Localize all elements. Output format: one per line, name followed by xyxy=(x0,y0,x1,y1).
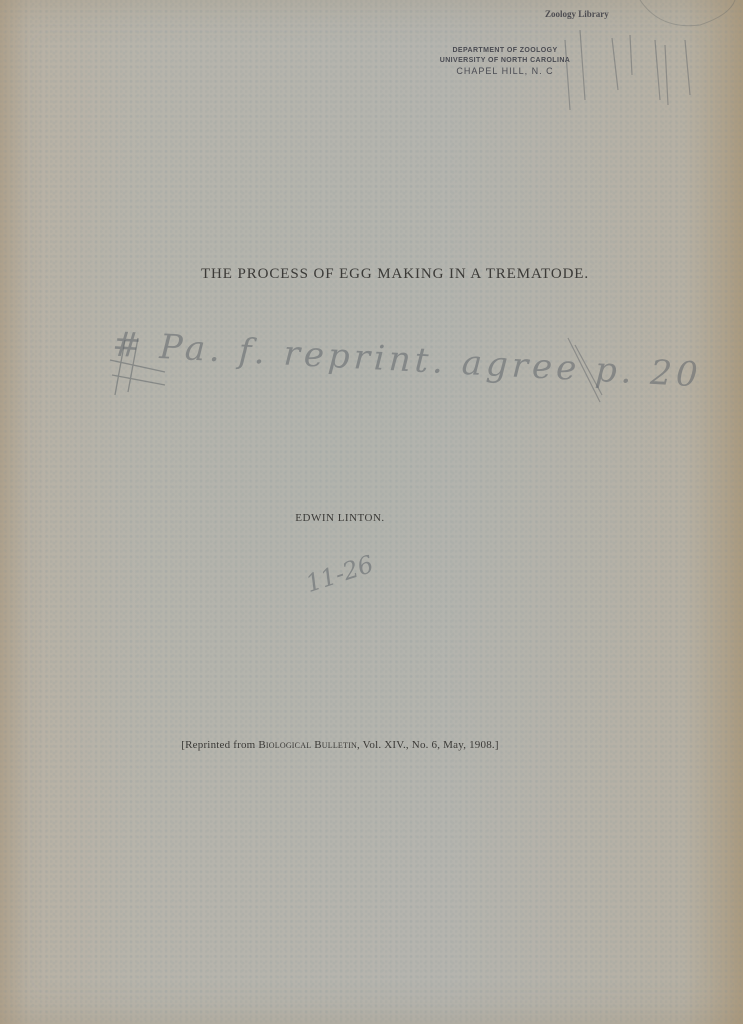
pencil-number: 11-26 xyxy=(302,550,376,598)
author-name: EDWIN LINTON. xyxy=(0,512,680,524)
library-stamp: Zoology Library xyxy=(545,9,609,19)
department-stamp: DEPARTMENT OF ZOOLOGY UNIVERSITY OF NORT… xyxy=(410,46,600,76)
document-title: THE PROCESS OF EGG MAKING IN A TREMATODE… xyxy=(0,266,743,283)
stamp-line-department: DEPARTMENT OF ZOOLOGY xyxy=(410,46,600,56)
document-page: Zoology Library DEPARTMENT OF ZOOLOGY UN… xyxy=(0,0,743,1024)
pencil-annotation: # Pa. f. reprint. agree p. 20 xyxy=(111,325,702,396)
journal-name: Biological Bulletin xyxy=(258,739,357,751)
stamp-line-university: UNIVERSITY OF NORTH CAROLINA xyxy=(410,56,600,66)
reprint-prefix: [Reprinted from xyxy=(181,739,258,751)
stamp-line-city: CHAPEL HILL, N. C xyxy=(410,66,600,76)
reprint-citation: [Reprinted from Biological Bulletin, Vol… xyxy=(0,739,680,751)
reprint-suffix: , Vol. XIV., No. 6, May, 1908.] xyxy=(357,739,499,751)
